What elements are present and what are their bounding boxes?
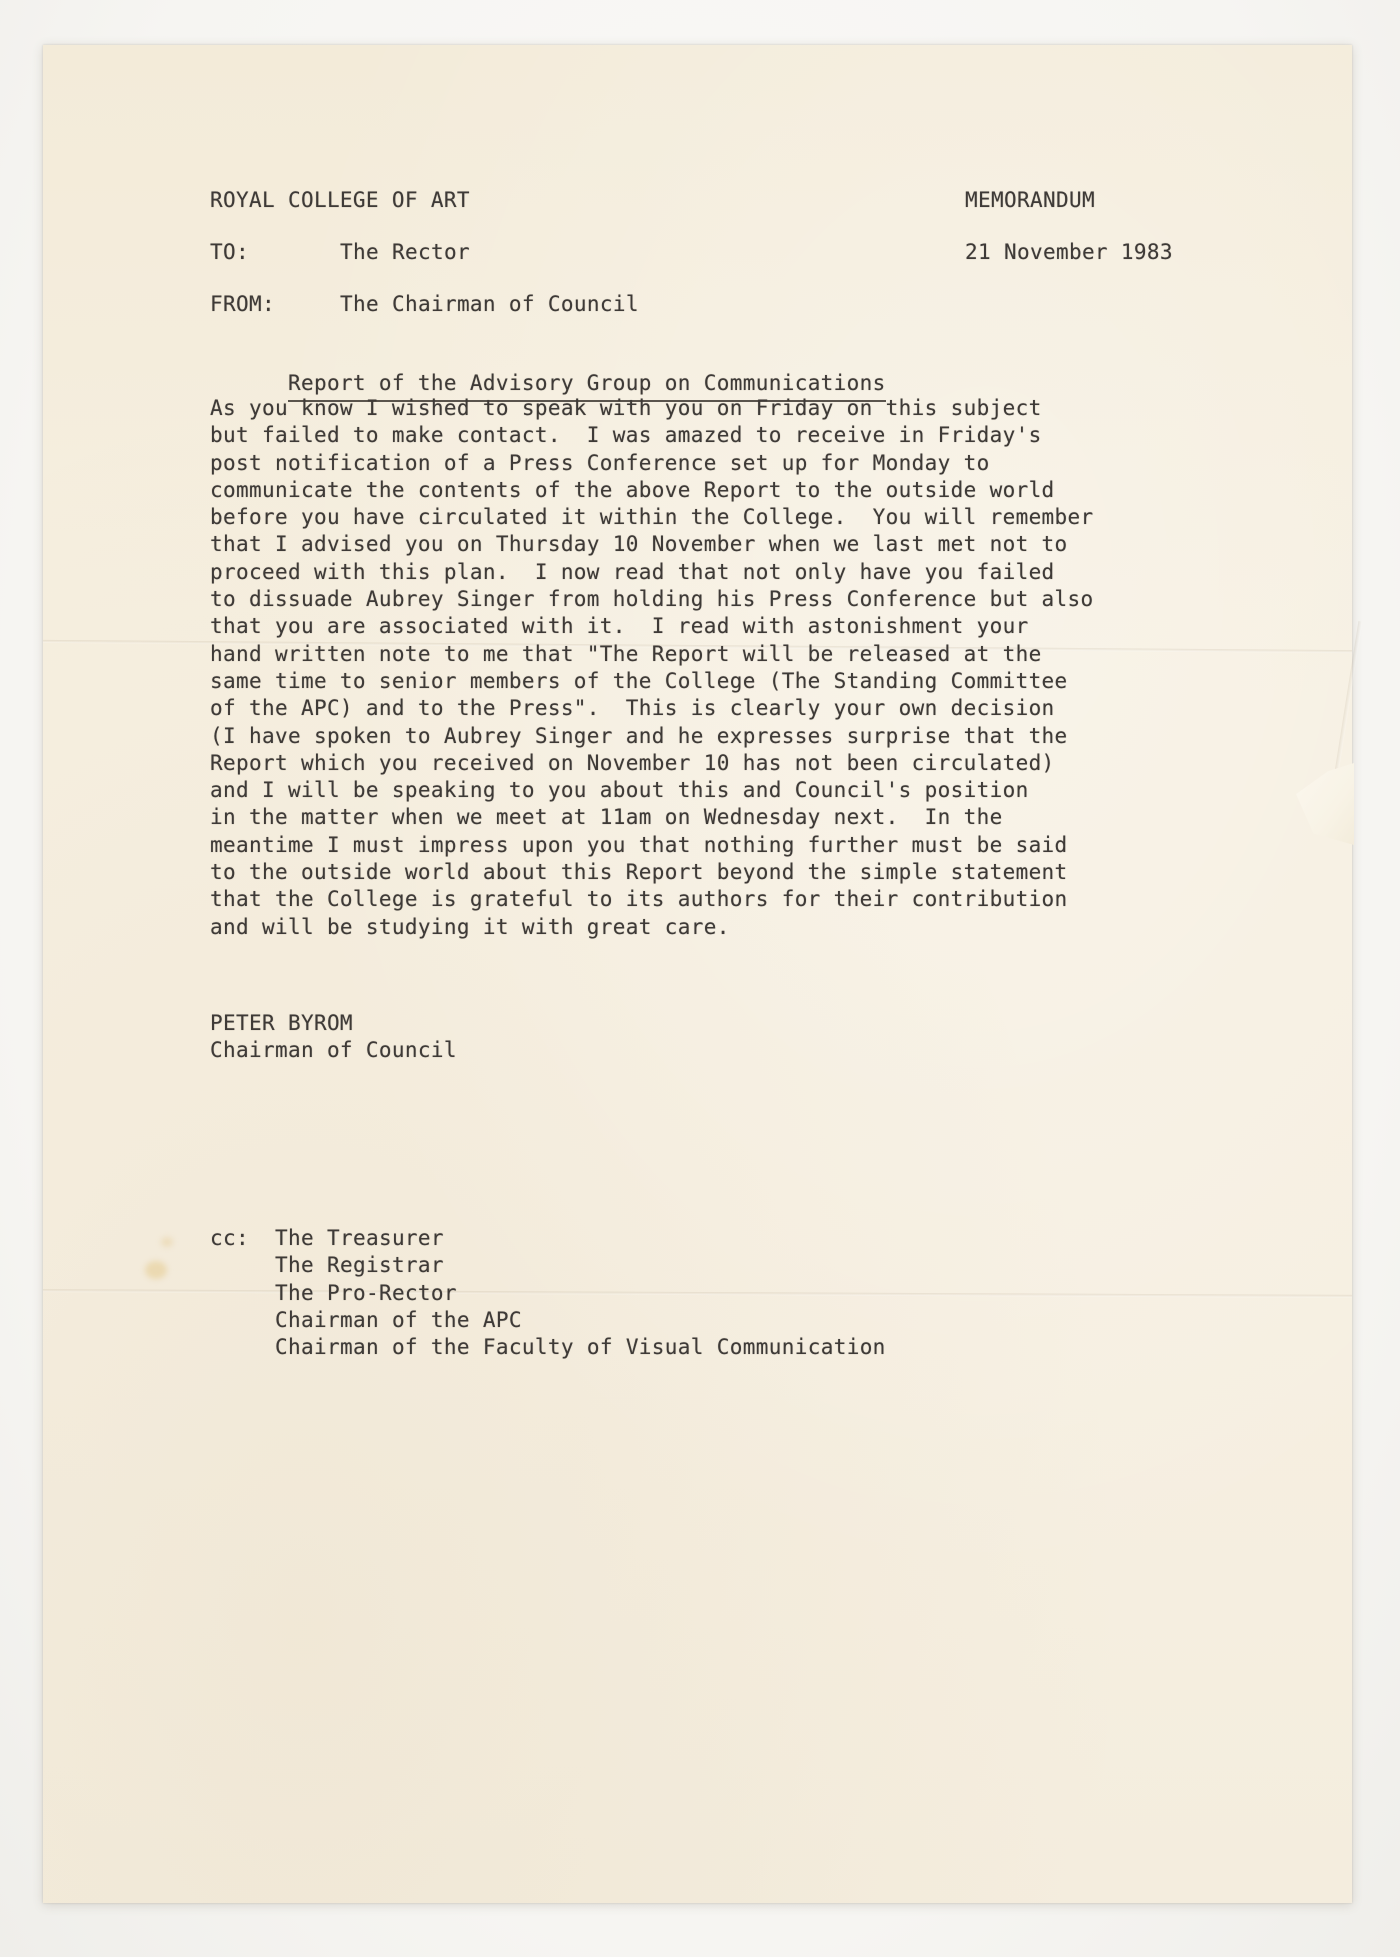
paper-stain	[161, 1237, 173, 1247]
paper-stain	[145, 1261, 167, 1279]
to-value: The Rector	[340, 239, 470, 266]
memo-page: ROYAL COLLEGE OF ART MEMORANDUM TO: The …	[43, 45, 1352, 1903]
org-name: ROYAL COLLEGE OF ART	[210, 187, 470, 214]
signature-name: PETER BYROM	[210, 1010, 353, 1037]
right-edge-crease	[1326, 621, 1363, 829]
from-value: The Chairman of Council	[340, 291, 639, 318]
memo-body: As you know I wished to speak with you o…	[210, 395, 1094, 941]
from-label: FROM:	[210, 291, 275, 318]
cc-label: cc:	[210, 1225, 249, 1252]
to-label: TO:	[210, 239, 249, 266]
memo-date: 21 November 1983	[965, 239, 1173, 266]
cc-list: The Treasurer The Registrar The Pro-Rect…	[275, 1225, 886, 1361]
signature-title: Chairman of Council	[210, 1037, 457, 1064]
right-edge-tear	[1296, 763, 1354, 845]
scan-background: ROYAL COLLEGE OF ART MEMORANDUM TO: The …	[0, 0, 1400, 1957]
doc-type-title: MEMORANDUM	[965, 187, 1095, 214]
